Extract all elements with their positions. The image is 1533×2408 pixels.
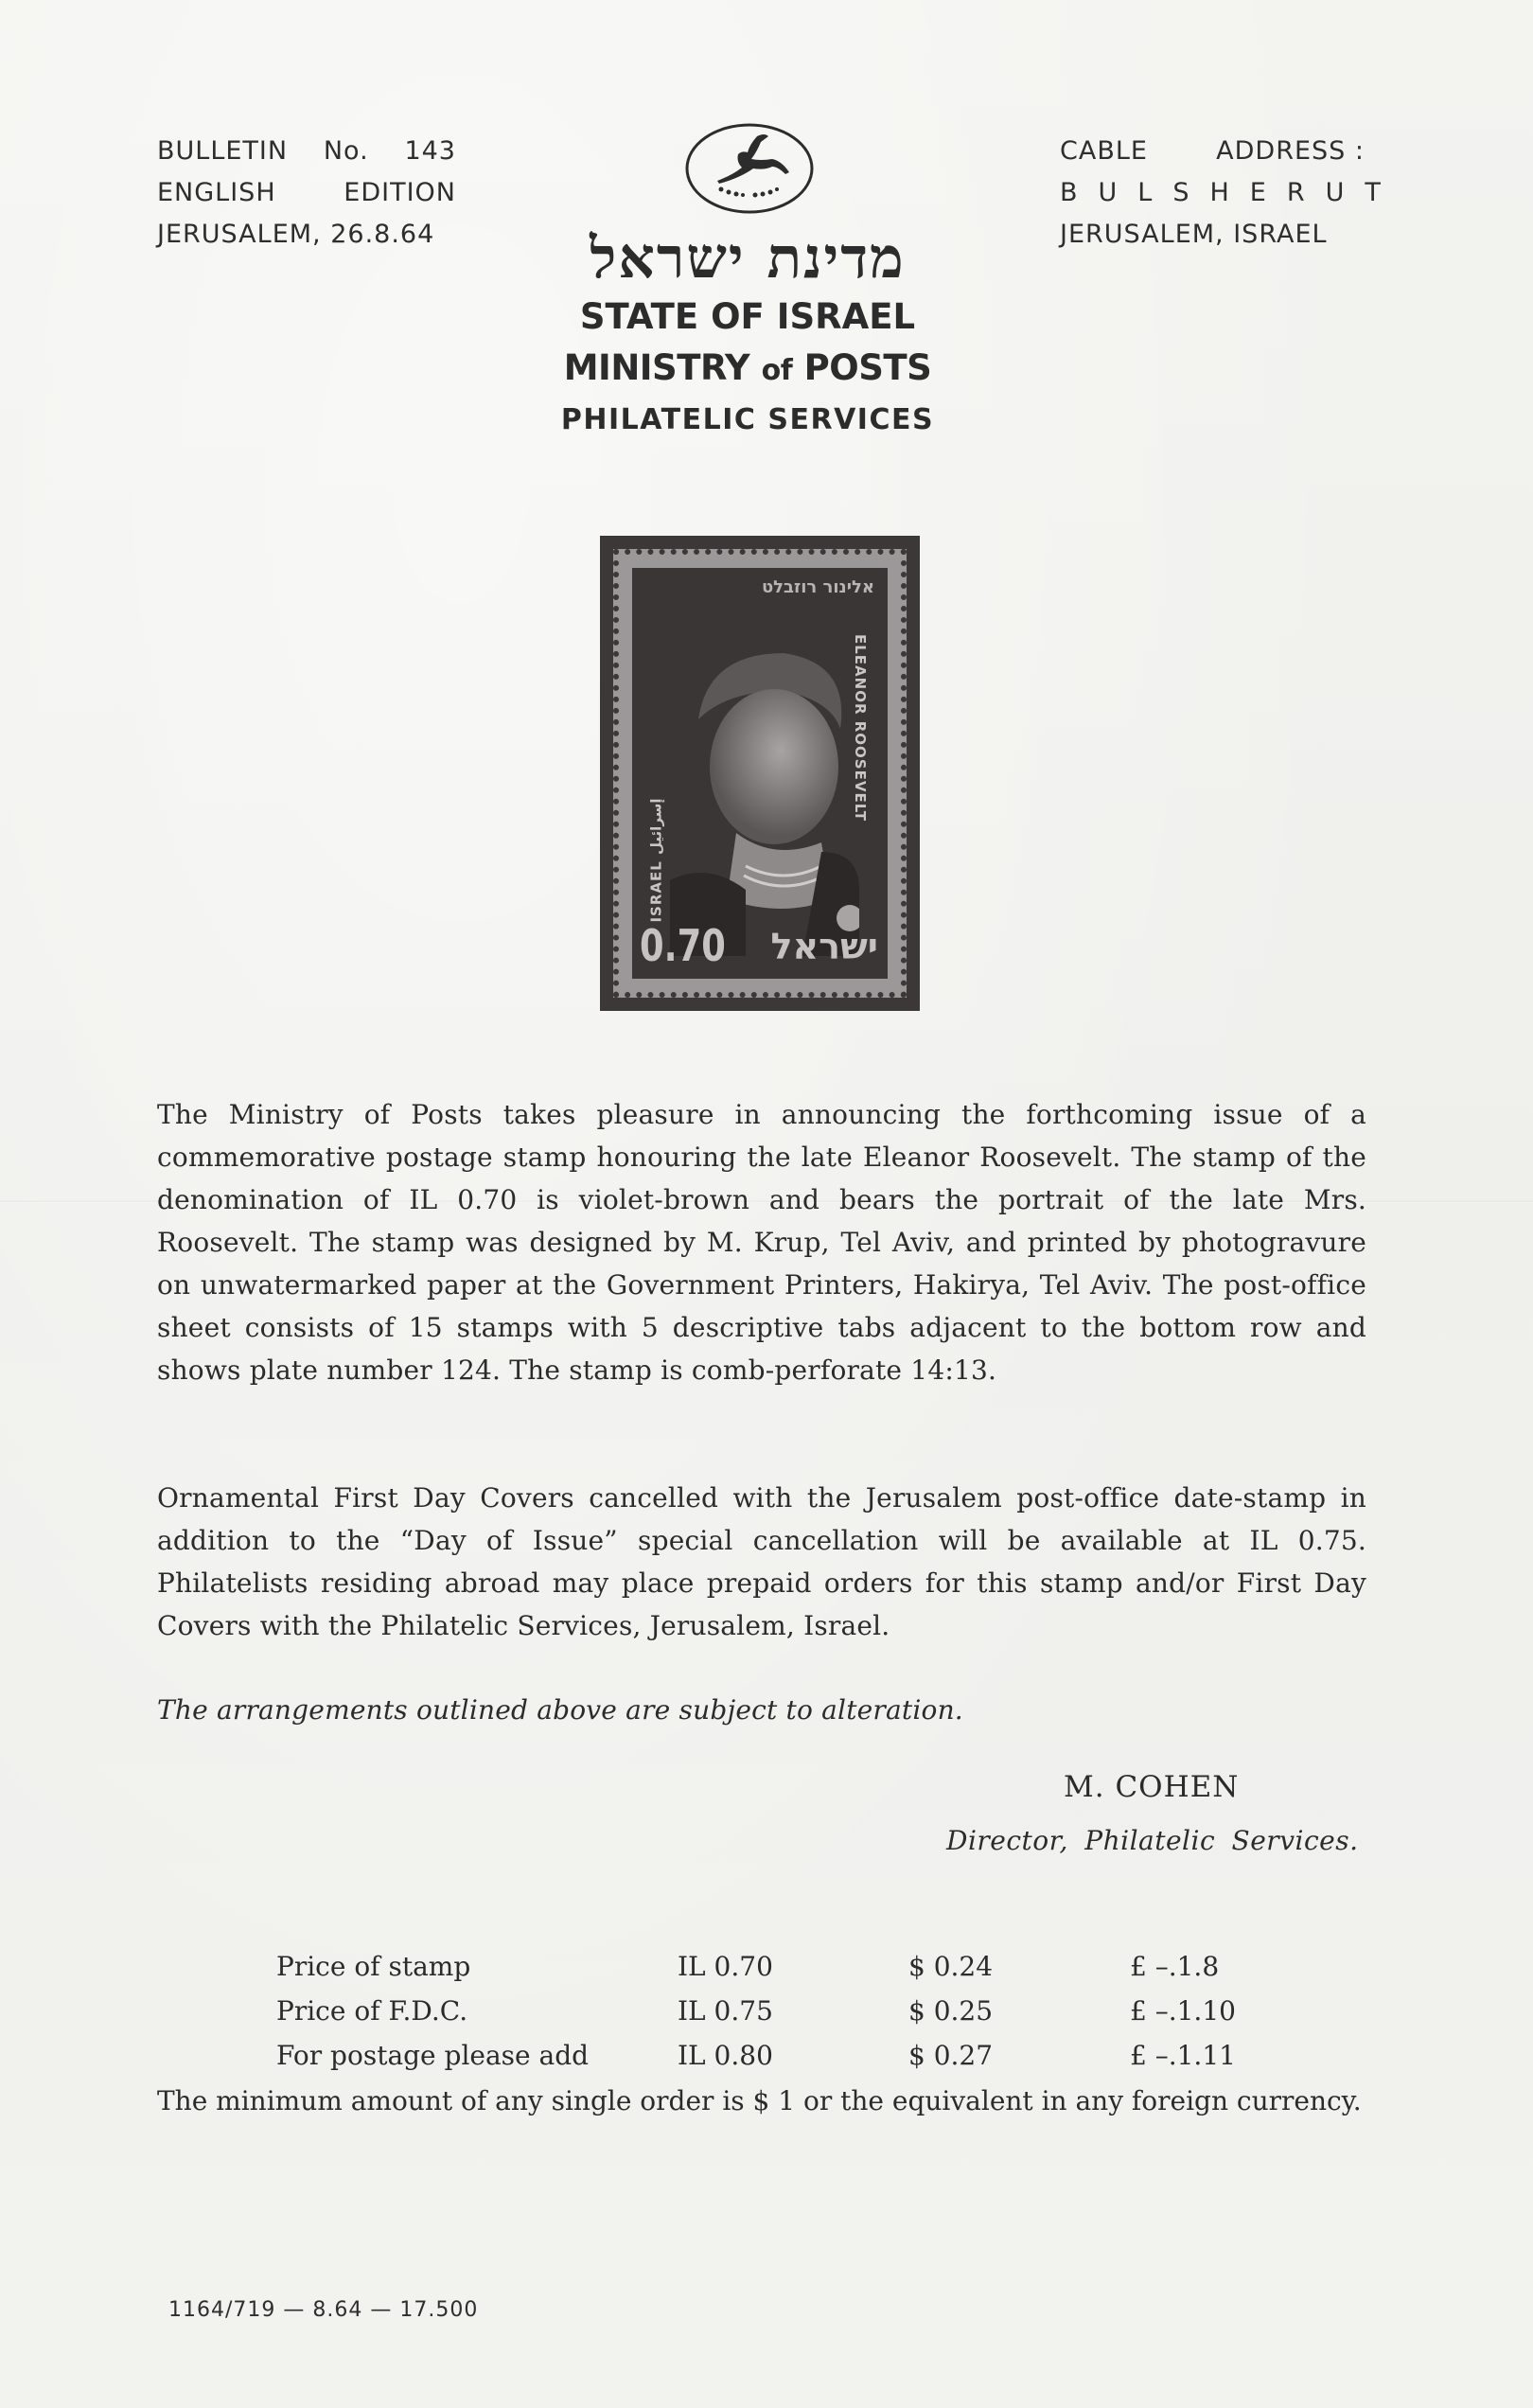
price-usd: $ 0.25 — [908, 1995, 1130, 2027]
price-row: Price of stamp IL 0.70 $ 0.24 £ –.1.8 — [276, 1944, 1319, 1989]
stamp-country-side: ISRAEL إسرائيل — [648, 798, 665, 922]
portrait-figure — [670, 644, 859, 956]
ministry-title: MINISTRY of POSTS — [530, 347, 965, 388]
price-il: IL 0.80 — [678, 2040, 908, 2071]
cable-address-line: CABLE ADDRESS : — [1060, 131, 1365, 172]
cable-address: BULSHERUT — [1060, 172, 1365, 214]
price-row: Price of F.D.C. IL 0.75 $ 0.25 £ –.1.10 — [276, 1989, 1319, 2033]
bulletin-info: BULLETIN No. 143 ENGLISH EDITION JERUSAL… — [157, 131, 456, 256]
price-label: For postage please add — [276, 2040, 678, 2071]
department-title: PHILATELIC SERVICES — [530, 403, 965, 436]
leaping-deer-emblem-icon — [683, 121, 816, 216]
edition-label: EDITION — [344, 172, 456, 214]
bulletin-no-label: No. — [324, 131, 369, 172]
posts-word: POSTS — [804, 347, 932, 388]
stamp-english-name: ELEANOR ROOSEVELT — [852, 634, 869, 822]
alteration-note: The arrangements outlined above are subj… — [157, 1689, 1366, 1731]
cable-label: CABLE — [1060, 131, 1148, 172]
stamp-image: אלינור רוזבלט ELEANOR ROOSEVELT ISRAEL إ… — [600, 536, 920, 1011]
ministry-word: MINISTRY — [564, 347, 749, 388]
bulletin-number: 143 — [404, 131, 456, 172]
bulletin-label: BULLETIN — [157, 131, 288, 172]
cable-address-block: CABLE ADDRESS : BULSHERUT JERUSALEM, ISR… — [1060, 131, 1365, 256]
print-code: 1164/719 — 8.64 — 17.500 — [168, 2298, 478, 2322]
state-title: STATE OF ISRAEL — [530, 296, 965, 337]
place-date: JERUSALEM, 26.8.64 — [157, 214, 456, 256]
price-table: Price of stamp IL 0.70 $ 0.24 £ –.1.8 Pr… — [276, 1944, 1319, 2078]
price-gbp: £ –.1.11 — [1130, 2040, 1319, 2071]
edition-line: ENGLISH EDITION — [157, 172, 456, 214]
address-label: ADDRESS : — [1216, 131, 1365, 172]
location: JERUSALEM, ISRAEL — [1060, 214, 1365, 256]
price-row: For postage please add IL 0.80 $ 0.27 £ … — [276, 2033, 1319, 2078]
minimum-order-note: The minimum amount of any single order i… — [157, 2079, 1366, 2124]
stamp-design: אלינור רוזבלט ELEANOR ROOSEVELT ISRAEL إ… — [632, 568, 888, 979]
stamp-country-hebrew: ישראל — [770, 926, 878, 967]
first-day-covers-paragraph: Ornamental First Day Covers cancelled wi… — [157, 1477, 1366, 1647]
price-usd: $ 0.24 — [908, 1951, 1130, 1982]
price-gbp: £ –.1.10 — [1130, 1995, 1319, 2027]
stamp-denomination: 0.70 — [640, 920, 726, 971]
price-gbp: £ –.1.8 — [1130, 1951, 1319, 1982]
price-il: IL 0.75 — [678, 1995, 908, 2027]
price-usd: $ 0.27 — [908, 2040, 1130, 2071]
price-il: IL 0.70 — [678, 1951, 908, 1982]
stamp-hebrew-name: אלינור רוזבלט — [762, 577, 874, 597]
announcement-paragraph: The Ministry of Posts takes pleasure in … — [157, 1093, 1366, 1391]
price-label: Price of F.D.C. — [276, 1995, 678, 2027]
edition-language: ENGLISH — [157, 172, 276, 214]
bulletin-number-line: BULLETIN No. 143 — [157, 131, 456, 172]
price-label: Price of stamp — [276, 1951, 678, 1982]
signatory-name: M. COHEN — [1064, 1770, 1239, 1804]
hebrew-state-title: מדינת ישראל — [530, 225, 965, 292]
ministry-of-word: of — [762, 354, 793, 387]
signatory-title: Director, Philatelic Services. — [946, 1825, 1358, 1856]
